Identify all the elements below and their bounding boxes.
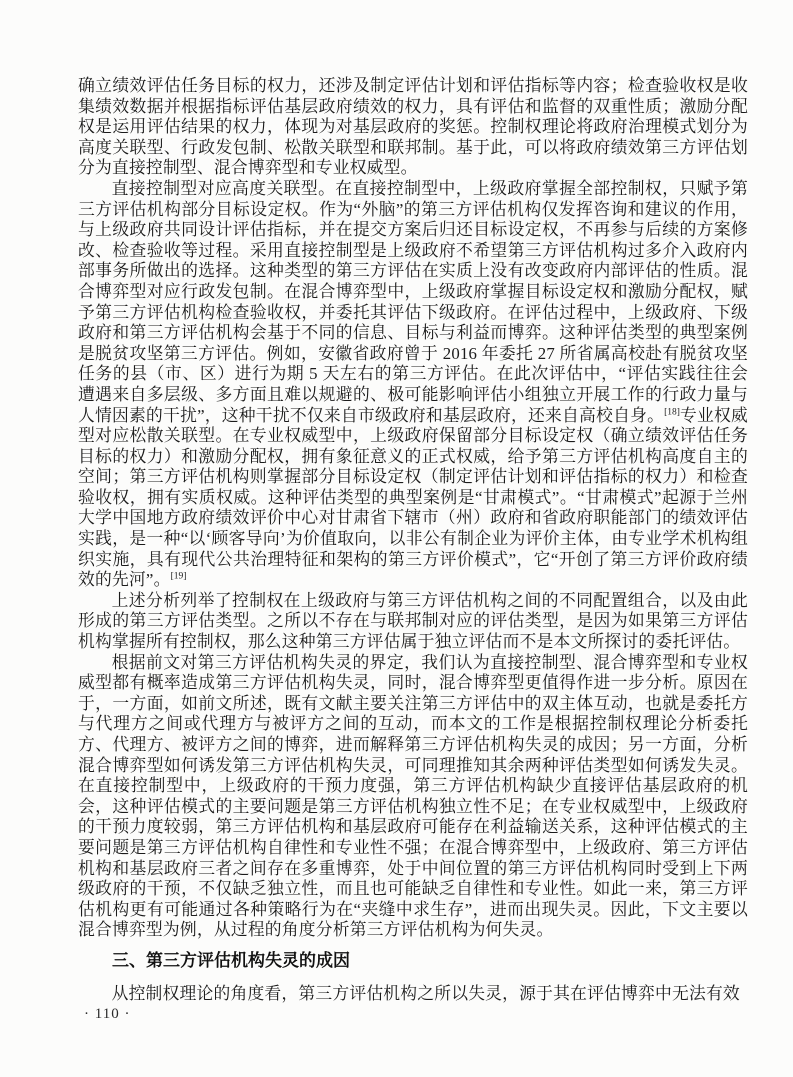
- document-page: 确立绩效评估任务目标的权力，还涉及制定评估计划和评估指标等内容；检查验收权是收集…: [0, 0, 793, 1077]
- paragraph-failure-probability: 根据前文对第三方评估机构失灵的界定，我们认为直接控制型、混合博弈型和专业权威型都…: [78, 653, 748, 941]
- paragraph-control-rights-continued: 确立绩效评估任务目标的权力，还涉及制定评估计划和评估指标等内容；检查验收权是收集…: [78, 76, 748, 179]
- section-heading: 三、第三方评估机构失灵的成因: [78, 950, 748, 972]
- paragraph-text-segment: 专业权威型对应松散关联型。在专业权威型中，上级政府保留部分目标设定权（确立绩效评…: [78, 406, 748, 590]
- footnote-ref-18: [18]: [664, 407, 680, 417]
- footnote-ref-19: [19]: [171, 572, 187, 582]
- paragraph-text-segment: 直接控制型对应高度关联型。在直接控制型中，上级政府掌握全部控制权，只赋予第三方评…: [78, 179, 748, 425]
- paragraph-three-evaluation-types: 直接控制型对应高度关联型。在直接控制型中，上级政府掌握全部控制权，只赋予第三方评…: [78, 179, 748, 591]
- page-number: · 110 ·: [84, 1006, 130, 1023]
- paragraph-configuration-summary: 上述分析列举了控制权在上级政府与第三方评估机构之间的不同配置组合，以及由此形成的…: [78, 591, 748, 653]
- paragraph-section-opening: 从控制权理论的角度看，第三方评估机构之所以失灵，源于其在评估博弈中无法有效: [78, 984, 748, 1005]
- article-body: 确立绩效评估任务目标的权力，还涉及制定评估计划和评估指标等内容；检查验收权是收集…: [78, 76, 748, 1005]
